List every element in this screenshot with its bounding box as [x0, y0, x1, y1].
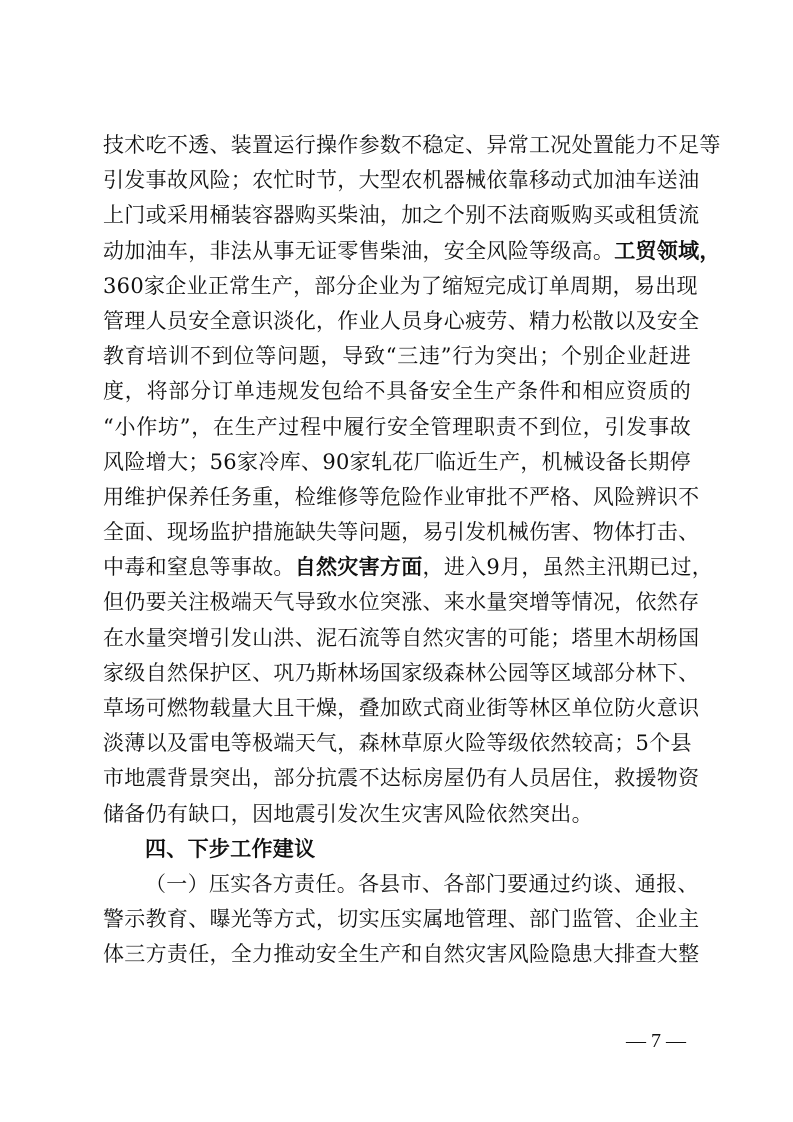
- line-text: 储备仍有缺口，因地震引发次生灾害风险依然突出。: [103, 802, 593, 826]
- text-line: 中毒和窒息等事故。自然灾害方面，进入9月，虽然主汛期已过，: [103, 550, 691, 585]
- text-line: 360家企业正常生产，部分企业为了缩短完成订单周期，易出现: [103, 269, 691, 304]
- line-text: 教育培训不到位等问题，导致“三违”行为突出；个别企业赶进: [103, 344, 691, 368]
- text-line: “小作坊”，在生产过程中履行安全管理职责不到位，引发事故: [103, 410, 691, 445]
- text-line: 技术吃不透、装置运行操作参数不稳定、异常工况处置能力不足等: [103, 128, 691, 163]
- line-text: 淡薄以及雷电等极端天气，森林草原火险等级依然较高；5个县: [103, 731, 692, 755]
- line-text: 中毒和窒息等事故。: [103, 555, 295, 579]
- text-line: 但仍要关注极端天气导致水位突涨、来水量突增等情况，依然存: [103, 585, 691, 620]
- text-line: 用维护保养任务重，检维修等危险作业审批不严格、风险辨识不: [103, 480, 691, 515]
- text-line: 全面、现场监护措施缺失等问题，易引发机械伤害、物体打击、: [103, 515, 691, 550]
- line-text: 全面、现场监护措施缺失等问题，易引发机械伤害、物体打击、: [103, 520, 699, 544]
- line-text: 市地震背景突出，部分抗震不达标房屋仍有人员居住，救援物资: [103, 766, 699, 790]
- line-text: （一）压实各方责任。各县市、各部门要通过约谈、通报、: [145, 872, 699, 896]
- text-line: 草场可燃物载量大且干燥，叠加欧式商业街等林区单位防火意识: [103, 691, 691, 726]
- line-text: 风险增大；56家冷库、90家轧花厂临近生产，机械设备长期停: [103, 450, 691, 474]
- line-text: 警示教育、曝光等方式，切实压实属地管理、部门监管、企业主: [103, 907, 699, 931]
- line-text: ，进入9月，虽然主汛期已过，: [423, 555, 714, 579]
- line-text: 动加油车，非法从事无证零售柴油，安全风险等级高。: [103, 239, 614, 263]
- line-text: 引发事故风险；农忙时节，大型农机器械依靠移动式加油车送油: [103, 168, 699, 192]
- text-line: 上门或采用桶装容器购买柴油，加之个别不法商贩购买或租赁流: [103, 198, 691, 233]
- bold-term-industry-trade: 工贸领域，: [614, 239, 721, 263]
- text-line: 淡薄以及雷电等极端天气，森林草原火险等级依然较高；5个县: [103, 726, 691, 761]
- line-text: 技术吃不透、装置运行操作参数不稳定、异常工况处置能力不足等: [103, 133, 721, 157]
- line-text: 在水量突增引发山洪、泥石流等自然灾害的可能；塔里木胡杨国: [103, 626, 699, 650]
- body-text: 技术吃不透、装置运行操作参数不稳定、异常工况处置能力不足等 引发事故风险；农忙时…: [103, 128, 691, 973]
- page-number: — 7 —: [626, 1030, 686, 1053]
- subsection-line: 体三方责任，全力推动安全生产和自然灾害风险隐患大排查大整: [103, 937, 691, 972]
- line-text: 家级自然保护区、巩乃斯林场国家级森林公园等区域部分林下、: [103, 661, 699, 685]
- line-text: 用维护保养任务重，检维修等危险作业审批不严格、风险辨识不: [103, 485, 699, 509]
- section-heading: 四、下步工作建议: [103, 832, 691, 867]
- text-line: 管理人员安全意识淡化，作业人员身心疲劳、精力松散以及安全: [103, 304, 691, 339]
- text-line: 风险增大；56家冷库、90家轧花厂临近生产，机械设备长期停: [103, 445, 691, 480]
- text-line: 市地震背景突出，部分抗震不达标房屋仍有人员居住，救援物资: [103, 761, 691, 796]
- text-line: 在水量突增引发山洪、泥石流等自然灾害的可能；塔里木胡杨国: [103, 621, 691, 656]
- line-text: 体三方责任，全力推动安全生产和自然灾害风险隐患大排查大整: [103, 942, 699, 966]
- text-line: 家级自然保护区、巩乃斯林场国家级森林公园等区域部分林下、: [103, 656, 691, 691]
- line-text: “小作坊”，在生产过程中履行安全管理职责不到位，引发事故: [103, 415, 691, 439]
- line-text: 草场可燃物载量大且干燥，叠加欧式商业街等林区单位防火意识: [103, 696, 699, 720]
- line-text: 上门或采用桶装容器购买柴油，加之个别不法商贩购买或租赁流: [103, 203, 699, 227]
- subsection-line: （一）压实各方责任。各县市、各部门要通过约谈、通报、: [103, 867, 691, 902]
- line-text: 但仍要关注极端天气导致水位突涨、来水量突增等情况，依然存: [103, 590, 699, 614]
- line-text: 度，将部分订单违规发包给不具备安全生产条件和相应资质的: [103, 379, 691, 403]
- text-line: 储备仍有缺口，因地震引发次生灾害风险依然突出。: [103, 797, 691, 832]
- text-line: 引发事故风险；农忙时节，大型农机器械依靠移动式加油车送油: [103, 163, 691, 198]
- line-text: 360家企业正常生产，部分企业为了缩短完成订单周期，易出现: [103, 274, 698, 298]
- line-text: 管理人员安全意识淡化，作业人员身心疲劳、精力松散以及安全: [103, 309, 699, 333]
- text-line: 动加油车，非法从事无证零售柴油，安全风险等级高。工贸领域，: [103, 234, 691, 269]
- text-line: 度，将部分订单违规发包给不具备安全生产条件和相应资质的: [103, 374, 691, 409]
- text-line: 教育培训不到位等问题，导致“三违”行为突出；个别企业赶进: [103, 339, 691, 374]
- document-page: 技术吃不透、装置运行操作参数不稳定、异常工况处置能力不足等 引发事故风险；农忙时…: [0, 0, 793, 1122]
- subsection-line: 警示教育、曝光等方式，切实压实属地管理、部门监管、企业主: [103, 902, 691, 937]
- bold-term-natural-disaster: 自然灾害方面: [295, 555, 423, 579]
